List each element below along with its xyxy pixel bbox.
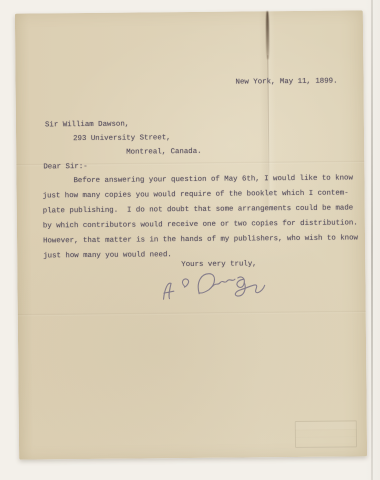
fold-crease-horizontal-lower	[18, 310, 366, 316]
fold-crease-top-dark	[266, 11, 269, 59]
signature-handwritten	[153, 258, 287, 314]
recipient-address-line2: Montreal, Canada.	[126, 145, 202, 161]
embossed-stamp	[295, 420, 357, 448]
scanned-letter-view: New York, May 11, 1899. Sir William Daws…	[0, 0, 380, 480]
letter-paper: New York, May 11, 1899. Sir William Daws…	[15, 10, 367, 459]
dateline: New York, May 11, 1899.	[235, 75, 337, 91]
letter-body: Before answering your question of May 6t…	[42, 171, 361, 264]
scan-surface-seam	[371, 0, 373, 480]
